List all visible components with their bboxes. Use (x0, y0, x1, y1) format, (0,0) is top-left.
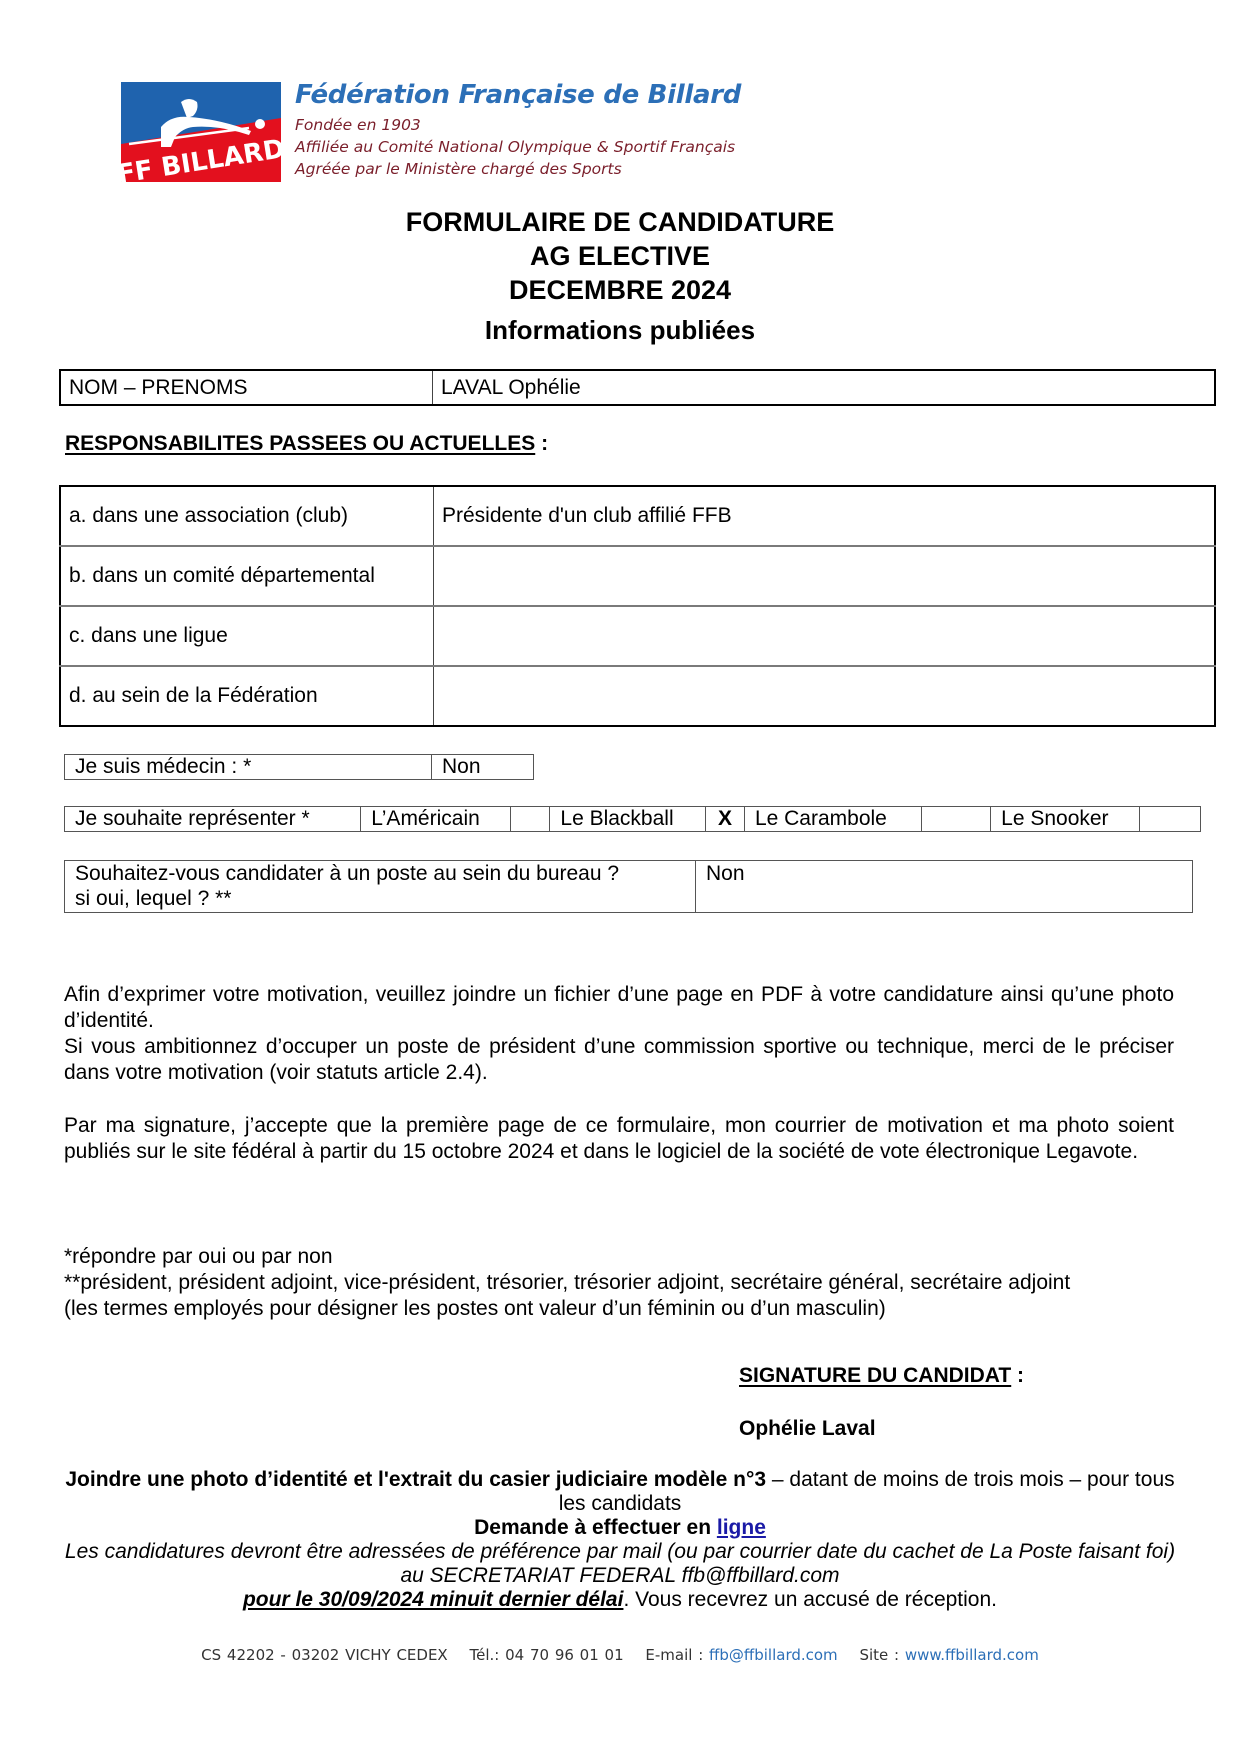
mail-instructions: Les candidatures devront être adressées … (60, 1540, 1180, 1564)
name-label: NOM – PRENOMS (60, 370, 433, 405)
footer-site-link[interactable]: www.ffbillard.com (905, 1646, 1039, 1664)
submission-instructions: Joindre une photo d’identité et l'extrai… (60, 1468, 1180, 1612)
resp-value-field[interactable] (434, 666, 1216, 726)
form-title-ag: AG ELECTIVE (0, 239, 1240, 273)
disciplines-table: Je souhaite représenter * L’Américain Le… (64, 806, 1201, 832)
footer-phone: 04 70 96 01 01 (505, 1646, 624, 1664)
org-approval: Agréée par le Ministère chargé des Sport… (295, 160, 622, 178)
motivation-instructions: Afin d’exprimer votre motivation, veuill… (64, 982, 1174, 1086)
table-row: a. dans une association (club) Président… (60, 486, 1215, 546)
org-affiliation: Affiliée au Comité National Olympique & … (295, 138, 735, 156)
footnote-2: **président, président adjoint, vice-pré… (64, 1270, 1184, 1296)
deadline-line: pour le 30/09/2024 minuit dernier délai.… (60, 1588, 1180, 1612)
resp-label: b. dans un comité départemental (60, 546, 434, 606)
table-row: b. dans un comité départemental (60, 546, 1215, 606)
footnotes: *répondre par oui ou par non **président… (64, 1244, 1184, 1322)
bureau-question: Souhaitez-vous candidater à un poste au … (65, 861, 696, 913)
resp-value-field[interactable] (434, 546, 1216, 606)
resp-value-field[interactable]: Présidente d'un club affilié FFB (434, 486, 1216, 546)
paragraph-motivation: Afin d’exprimer votre motivation, veuill… (64, 982, 1174, 1034)
form-subtitle: Informations publiées (0, 315, 1240, 346)
footer-email-link[interactable]: ffb@ffbillard.com (709, 1646, 838, 1664)
name-value-field[interactable]: LAVAL Ophélie (433, 370, 1216, 405)
responsibilities-table: a. dans une association (club) Président… (59, 485, 1216, 727)
discipline-snooker: Le Snooker (991, 807, 1140, 832)
org-name: Fédération Française de Billard (295, 80, 741, 110)
page-footer: CS 42202 - 03202 VICHY CEDEX Tél.: 04 70… (0, 1646, 1240, 1664)
paragraph-president-commission: Si vous ambitionnez d’occuper un poste d… (64, 1034, 1174, 1086)
bureau-table: Souhaitez-vous candidater à un poste au … (64, 860, 1193, 913)
consent-paragraph: Par ma signature, j’accepte que la premi… (64, 1113, 1174, 1165)
resp-value-field[interactable] (434, 606, 1216, 666)
signature-label: SIGNATURE DU CANDIDAT : (739, 1364, 1024, 1388)
table-row: c. dans une ligue (60, 606, 1215, 666)
footer-address: CS 42202 - 03202 VICHY CEDEX (201, 1646, 448, 1664)
form-title-date: DECEMBRE 2024 (0, 273, 1240, 307)
discipline-americain-checkbox[interactable] (511, 807, 550, 832)
resp-label: c. dans une ligue (60, 606, 434, 666)
secretariat-address: au SECRETARIAT FEDERAL ffb@ffbillard.com (60, 1564, 1180, 1588)
discipline-carambole-checkbox[interactable] (922, 807, 991, 832)
discipline-blackball-checkbox[interactable]: X (705, 807, 744, 832)
attachment-instructions: Joindre une photo d’identité et l'extrai… (60, 1468, 1180, 1516)
org-founded: Fondée en 1903 (295, 116, 421, 134)
name-table: NOM – PRENOMS LAVAL Ophélie (59, 369, 1216, 406)
billiard-player-logo-icon: FF BILLARD (121, 82, 281, 182)
medecin-value-field[interactable]: Non (432, 755, 534, 780)
footnote-3: (les termes employés pour désigner les p… (64, 1296, 1184, 1322)
form-title: FORMULAIRE DE CANDIDATURE (0, 205, 1240, 239)
table-row: d. au sein de la Fédération (60, 666, 1215, 726)
medecin-table: Je suis médecin : * Non (64, 754, 534, 780)
discipline-blackball: Le Blackball (550, 807, 706, 832)
footnote-1: *répondre par oui ou par non (64, 1244, 1184, 1270)
discipline-carambole: Le Carambole (744, 807, 921, 832)
online-request-link[interactable]: ligne (717, 1516, 766, 1539)
medecin-label: Je suis médecin : * (65, 755, 432, 780)
bureau-value-field[interactable]: Non (696, 861, 1193, 913)
ffb-logo: FF BILLARD (121, 82, 281, 182)
signature-name: Ophélie Laval (739, 1417, 876, 1441)
online-request: Demande à effectuer en ligne (60, 1516, 1180, 1540)
resp-label: d. au sein de la Fédération (60, 666, 434, 726)
resp-label: a. dans une association (club) (60, 486, 434, 546)
disciplines-label: Je souhaite représenter * (65, 807, 361, 832)
discipline-americain: L’Américain (361, 807, 511, 832)
responsibilities-heading: RESPONSABILITES PASSEES OU ACTUELLES : (65, 432, 548, 456)
deadline: pour le 30/09/2024 minuit dernier délai (243, 1588, 623, 1611)
discipline-snooker-checkbox[interactable] (1140, 807, 1201, 832)
